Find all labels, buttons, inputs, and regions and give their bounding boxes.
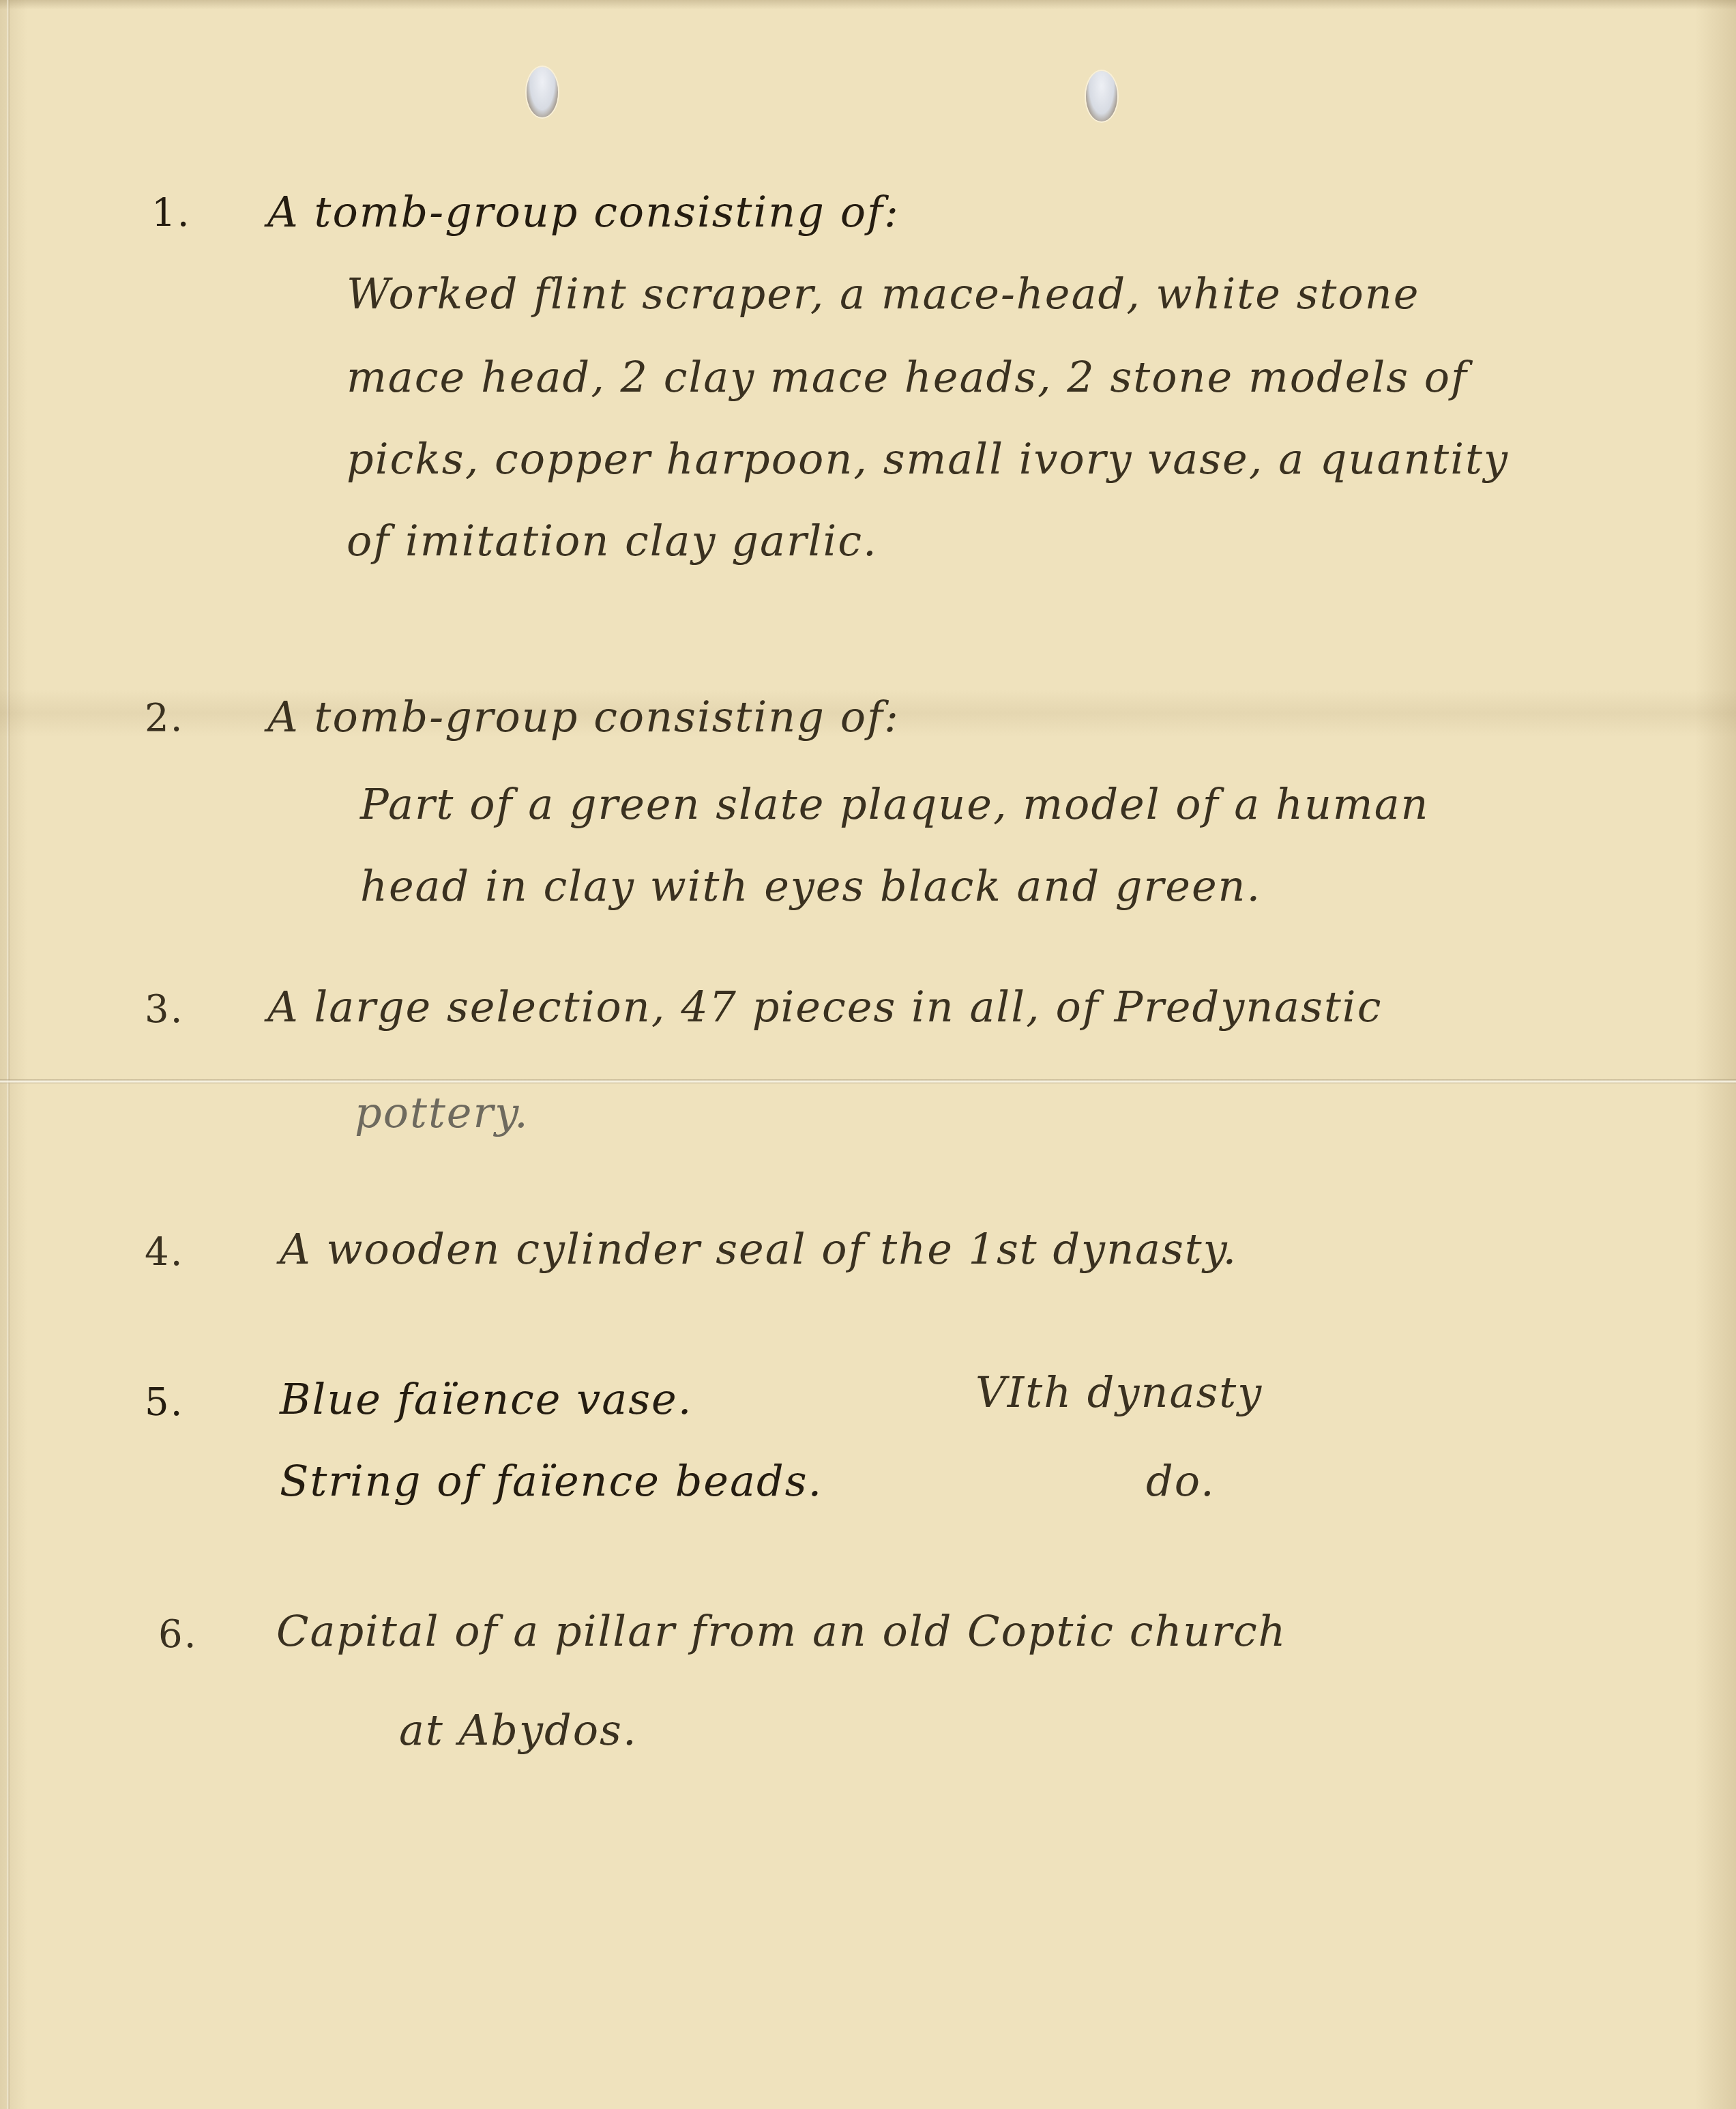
item-number: 1. <box>151 194 190 233</box>
item-heading: Capital of a pillar from an old Coptic c… <box>276 1610 1287 1653</box>
item-text-line: Worked flint scraper, a mace-head, white… <box>347 273 1419 315</box>
item-number: 2. <box>145 699 183 738</box>
punch-hole-icon <box>1086 71 1117 121</box>
item-text-line: at Abydos. <box>399 1709 638 1751</box>
item-heading: A wooden cylinder seal of the 1st dynast… <box>280 1228 1237 1270</box>
vertical-crease <box>7 0 10 2109</box>
item-text-line: pottery. <box>355 1092 529 1134</box>
item-number: 6. <box>158 1616 197 1654</box>
item-heading: Blue faïence vase. <box>280 1378 692 1421</box>
handwritten-document-page: 1. A tomb-group consisting of: Worked fl… <box>0 0 1736 2109</box>
fold-crease <box>0 1079 1736 1083</box>
item-number: 3. <box>145 991 183 1029</box>
item-text-line: picks, copper harpoon, small ivory vase,… <box>347 438 1509 480</box>
item-text-line: mace head, 2 clay mace heads, 2 stone mo… <box>347 356 1468 398</box>
item-text-line: String of faïence beads. <box>280 1460 823 1502</box>
punch-hole-icon <box>527 67 558 117</box>
item-note: VIth dynasty <box>975 1371 1263 1414</box>
item-heading: A large selection, 47 pieces in all, of … <box>267 986 1382 1028</box>
item-number: 4. <box>145 1234 183 1272</box>
item-text-line: head in clay with eyes black and green. <box>360 865 1261 907</box>
item-heading: A tomb-group consisting of: <box>267 191 900 233</box>
item-text-line: Part of a green slate plaque, model of a… <box>360 783 1430 826</box>
item-note: do. <box>1146 1460 1216 1502</box>
item-text-line: of imitation clay garlic. <box>347 520 878 562</box>
item-number: 5. <box>145 1384 183 1422</box>
item-heading: A tomb-group consisting of: <box>267 696 900 738</box>
